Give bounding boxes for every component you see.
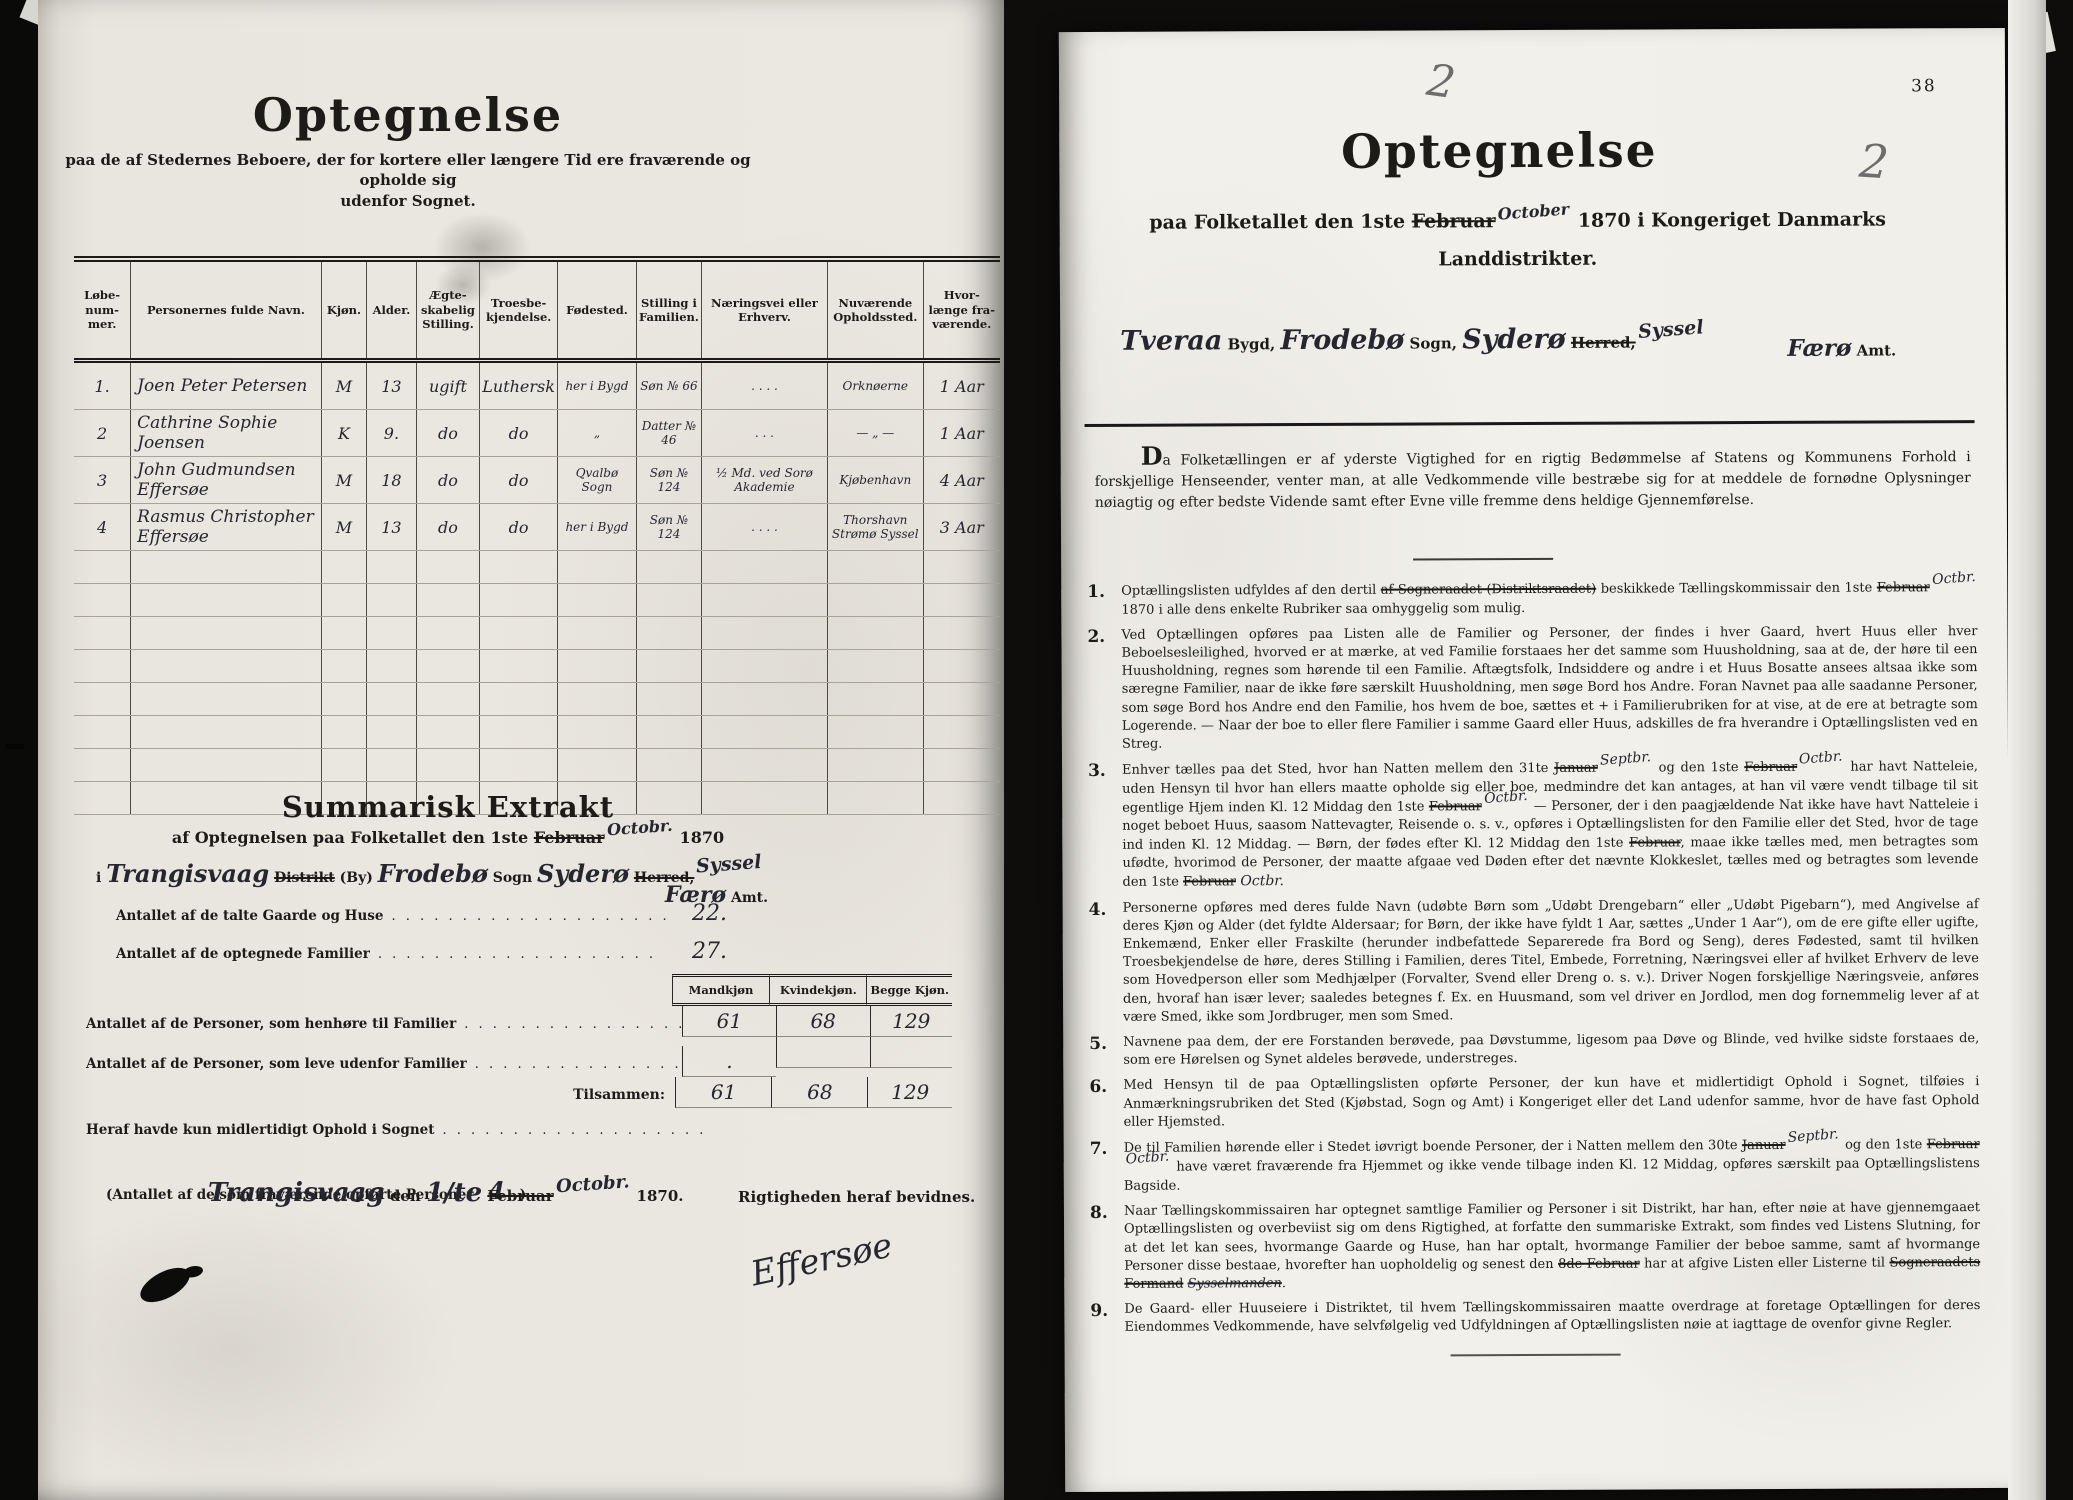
cell-duration: 1 Aar [923, 410, 1000, 457]
total-male: 61 [675, 1077, 771, 1108]
dot-leader: . . . . . . . . . . . . . . . . . . . . [370, 947, 692, 962]
margin-mark [6, 744, 24, 749]
item-number: 5. [1089, 1034, 1123, 1054]
value-female [776, 1037, 870, 1068]
row-label: Antallet af de Personer, som henhøre til… [86, 1016, 456, 1032]
empty-row [74, 650, 1000, 683]
cell-name: John Gudmundsen Effersøe [131, 457, 322, 504]
instruction-item-6: 6. Med Hensyn til de paa Optællingsliste… [1089, 1073, 1979, 1131]
instruction-item-1: 1. Optællingslisten udfyldes af den dert… [1087, 578, 1977, 620]
item-text: Navnene paa dem, der ere Forstanden berø… [1123, 1030, 1979, 1070]
empty-row [74, 749, 1000, 782]
value-male: 61 [682, 1006, 776, 1037]
date-place-line: Trangisvaag den 1/te FebruarOctobr. 1870… [208, 1178, 684, 1208]
item-text: De til Familien hørende eller i Stedet i… [1124, 1135, 1980, 1196]
bottom-divider [1451, 1353, 1621, 1356]
col-header-age: Alder. [367, 259, 416, 361]
cell-family-position: Søn № 124 [636, 457, 701, 504]
right-page-subtitle: paa Folketallet den 1ste FebruarOctober … [1078, 208, 1958, 234]
amt-fillin: Færø Amt. [1787, 334, 1896, 361]
item-text: Personerne opføres med deres fulde Navn … [1123, 896, 1980, 1027]
extract-place-line: i Trangisvaag Distrikt (By) Frodebø Sogn… [68, 859, 968, 888]
cell-marital: do [416, 504, 480, 551]
cell-age: 13 [367, 504, 416, 551]
table-row: 2 Cathrine Sophie Joensen K 9. do do „ D… [74, 410, 1000, 457]
dot-leader: . . . . . . . . . . . . . . . . [467, 1057, 682, 1072]
subtitle-line2: udenfor Sognet. [340, 192, 475, 210]
instruction-item-2: 2. Ved Optællingen opføres paa Listen al… [1087, 623, 1978, 754]
dot-leader: . . . . . . . . . . . . . . . . . [456, 1017, 682, 1032]
cell-name: Cathrine Sophie Joensen [131, 410, 322, 457]
ink-blot [135, 1261, 195, 1309]
cell-marital: do [416, 410, 480, 457]
col-header-marital: Ægte- skabelig Stilling. [416, 259, 480, 361]
value-male: . [682, 1046, 776, 1077]
cell-religion: Luthersk [480, 361, 558, 410]
empty-row [74, 551, 1000, 584]
col-male: Mandkjøn [672, 974, 769, 1006]
table-row: 4 Rasmus Christopher Effersøe M 13 do do… [74, 504, 1000, 551]
col-header-occupation: Næringsvei eller Erhverv. [701, 259, 827, 361]
col-header-number: Løbe- num- mer. [74, 259, 131, 361]
empty-row [74, 683, 1000, 716]
farms-count-line: Antallet af de talte Gaarde og Huse . . … [68, 901, 756, 926]
families-count-line: Antallet af de optegnede Familier . . . … [68, 939, 756, 964]
right-page-subtitle-line2: Landdistrikter. [1078, 246, 1958, 272]
row-label: Antallet af de Personer, som leve udenfo… [86, 1056, 467, 1072]
cell-duration: 3 Aar [923, 504, 1000, 551]
total-label: Tilsammen: [573, 1087, 665, 1103]
item-text: Naar Tællingskommissairen har optegnet s… [1124, 1199, 1980, 1294]
cell-birthplace: „ [557, 410, 636, 457]
scan-left-margin [0, 0, 40, 1500]
summary-extract-section: Summarisk Extrakt af Optegnelsen paa Fol… [68, 790, 968, 1205]
dot-leader: . . . . . . . . . . . . . . . . . . . . [383, 909, 692, 924]
families-count-value: 27. [692, 939, 756, 964]
item-number: 4. [1089, 899, 1123, 919]
value-both [870, 1037, 952, 1068]
col-female: Kvindekjøn. [769, 974, 866, 1006]
right-page-title: Optegnelse [1119, 122, 1879, 180]
extract-amt: Færø Amt. [665, 882, 768, 908]
table-header-row: Løbe- num- mer. Personernes fulde Navn. … [74, 259, 1000, 361]
pencil-sheet-number: 2 [1424, 55, 1459, 109]
intro-paragraph: Da Folketællingen er af yderste Vigtighe… [1095, 442, 1971, 514]
item-number: 8. [1090, 1203, 1124, 1223]
page-number: 38 [1911, 76, 1937, 96]
extract-header: Summarisk Extrakt af Optegnelsen paa Fol… [68, 790, 828, 847]
col-header-family-position: Stilling i Familien. [636, 259, 701, 361]
instruction-item-9: 9. De Gaard- eller Huuseiere i Distrikte… [1090, 1297, 1980, 1337]
col-header-residence: Nuværende Opholdssted. [828, 259, 923, 361]
families-count-label: Antallet af de optegnede Familier [116, 946, 370, 962]
cell-sex: M [321, 504, 366, 551]
scanned-census-spread: Optegnelse paa de af Stedernes Beboere, … [0, 0, 2073, 1500]
cell-occupation: . . . . [701, 361, 827, 410]
cell-birthplace: her i Bygd [557, 361, 636, 410]
value-female: 68 [776, 1006, 870, 1037]
cell-religion: do [480, 410, 558, 457]
temporary-stay-line: Heraf havde kun midlertidigt Ophold i So… [68, 1122, 952, 1138]
population-stats-table: Mandkjøn Kvindekjøn. Begge Kjøn. Antalle… [68, 974, 952, 1108]
temporary-stay-label: Heraf havde kun midlertidigt Ophold i So… [86, 1122, 434, 1138]
cell-residence: — „ — [828, 410, 923, 457]
cell-duration: 4 Aar [923, 457, 1000, 504]
cell-marital: ugift [416, 361, 480, 410]
cell-residence: Orknøerne [828, 361, 923, 410]
cell-family-position: Søn № 66 [636, 361, 701, 410]
cell-sex: K [321, 410, 366, 457]
cell-religion: do [480, 457, 558, 504]
item-number: 2. [1087, 627, 1121, 647]
extract-title: Summarisk Extrakt [68, 790, 828, 824]
empty-row [74, 584, 1000, 617]
cell-sex: M [321, 361, 366, 410]
cell-number: 2 [74, 410, 131, 457]
attestation-text: Rigtigheden heraf bevidnes. [738, 1188, 975, 1206]
item-number: 6. [1089, 1077, 1123, 1097]
col-header-birthplace: Fødested. [557, 259, 636, 361]
item-text: Optællingslisten udfyldes af den dertil … [1121, 578, 1977, 620]
farms-count-label: Antallet af de talte Gaarde og Huse [116, 908, 383, 924]
cell-sex: M [321, 457, 366, 504]
stats-header-row: Mandkjøn Kvindekjøn. Begge Kjøn. [68, 974, 952, 1006]
item-number: 1. [1087, 582, 1121, 602]
table-row: 3 John Gudmundsen Effersøe M 18 do do Qv… [74, 457, 1000, 504]
item-text: Enhver tælles paa det Sted, hvor han Nat… [1122, 757, 1979, 892]
right-page: 2 38 2 Optegnelse paa Folketallet den 1s… [1059, 28, 2011, 1492]
scan-right-page-edge [2008, 0, 2046, 1500]
col-both: Begge Kjøn. [866, 974, 952, 1006]
item-number: 3. [1088, 761, 1122, 781]
left-page-subtitle: paa de af Stedernes Beboere, der for kor… [58, 150, 758, 211]
table-row: 1. Joen Peter Petersen M 13 ugift Luther… [74, 361, 1000, 410]
cell-religion: do [480, 504, 558, 551]
cell-residence: Thorshavn Strømø Syssel [828, 504, 923, 551]
instruction-item-7: 7. De til Familien hørende eller i Stede… [1090, 1135, 1980, 1196]
item-number: 9. [1090, 1301, 1124, 1321]
cell-number: 3 [74, 457, 131, 504]
absentees-table: Løbe- num- mer. Personernes fulde Navn. … [74, 256, 1000, 815]
total-both: 129 [867, 1077, 952, 1108]
cell-number: 4 [74, 504, 131, 551]
left-page: Optegnelse paa de af Stedernes Beboere, … [38, 0, 1004, 1500]
cell-occupation: . . . [701, 410, 827, 457]
item-text: Med Hensyn til de paa Optællingslisten o… [1123, 1073, 1979, 1131]
item-number: 7. [1090, 1139, 1124, 1159]
stats-row-outside-families: Antallet af de Personer, som leve udenfo… [68, 1037, 952, 1077]
col-header-duration: Hvor- længe fra- værende. [923, 259, 1000, 361]
cell-age: 18 [367, 457, 416, 504]
cell-family-position: Datter № 46 [636, 410, 701, 457]
instruction-item-8: 8. Naar Tællingskommissairen har optegne… [1090, 1199, 1980, 1294]
item-text: Ved Optællingen opføres paa Listen alle … [1121, 623, 1978, 754]
extract-subtitle: af Optegnelsen paa Folketallet den 1ste … [68, 828, 828, 847]
cell-family-position: Søn № 124 [636, 504, 701, 551]
col-header-sex: Kjøn. [321, 259, 366, 361]
item-text: De Gaard- eller Huuseiere i Distriktet, … [1124, 1297, 1980, 1337]
cell-duration: 1 Aar [923, 361, 1000, 410]
col-header-name: Personernes fulde Navn. [131, 259, 322, 361]
cell-birthplace: Qvalbø Sogn [557, 457, 636, 504]
empty-row [74, 617, 1000, 650]
section-divider [1413, 558, 1553, 561]
cell-birthplace: her i Bygd [557, 504, 636, 551]
cell-occupation: ½ Md. ved Sorø Akademie [701, 457, 827, 504]
cell-occupation: . . . . [701, 504, 827, 551]
total-female: 68 [771, 1077, 867, 1108]
subtitle-line1: paa de af Stedernes Beboere, der for kor… [65, 151, 750, 189]
horizontal-rule [1085, 420, 1975, 427]
instruction-item-5: 5. Navnene paa dem, der ere Forstanden b… [1089, 1030, 1979, 1070]
signature: Effersøe [747, 1226, 896, 1295]
cell-residence: Kjøbenhavn [828, 457, 923, 504]
stats-row-total: Tilsammen: 61 68 129 [68, 1077, 952, 1108]
empty-row [74, 716, 1000, 749]
cell-name: Joen Peter Petersen [131, 361, 322, 410]
cell-number: 1. [74, 361, 131, 410]
cell-age: 9. [367, 410, 416, 457]
stats-row-in-families: Antallet af de Personer, som henhøre til… [68, 1006, 952, 1037]
instructions-list: 1. Optællingslisten udfyldes af den dert… [1087, 578, 1980, 1357]
cell-age: 13 [367, 361, 416, 410]
cell-name: Rasmus Christopher Effersøe [131, 504, 322, 551]
instruction-item-4: 4. Personerne opføres med deres fulde Na… [1089, 896, 1980, 1027]
instruction-item-3: 3. Enhver tælles paa det Sted, hvor han … [1088, 757, 1979, 892]
col-header-religion: Troesbe- kjendelse. [480, 259, 558, 361]
value-both: 129 [870, 1006, 952, 1037]
cell-marital: do [416, 457, 480, 504]
dot-leader: . . . . . . . . . . . . . . . . . . . [434, 1123, 952, 1138]
left-page-title: Optegnelse [38, 88, 778, 142]
